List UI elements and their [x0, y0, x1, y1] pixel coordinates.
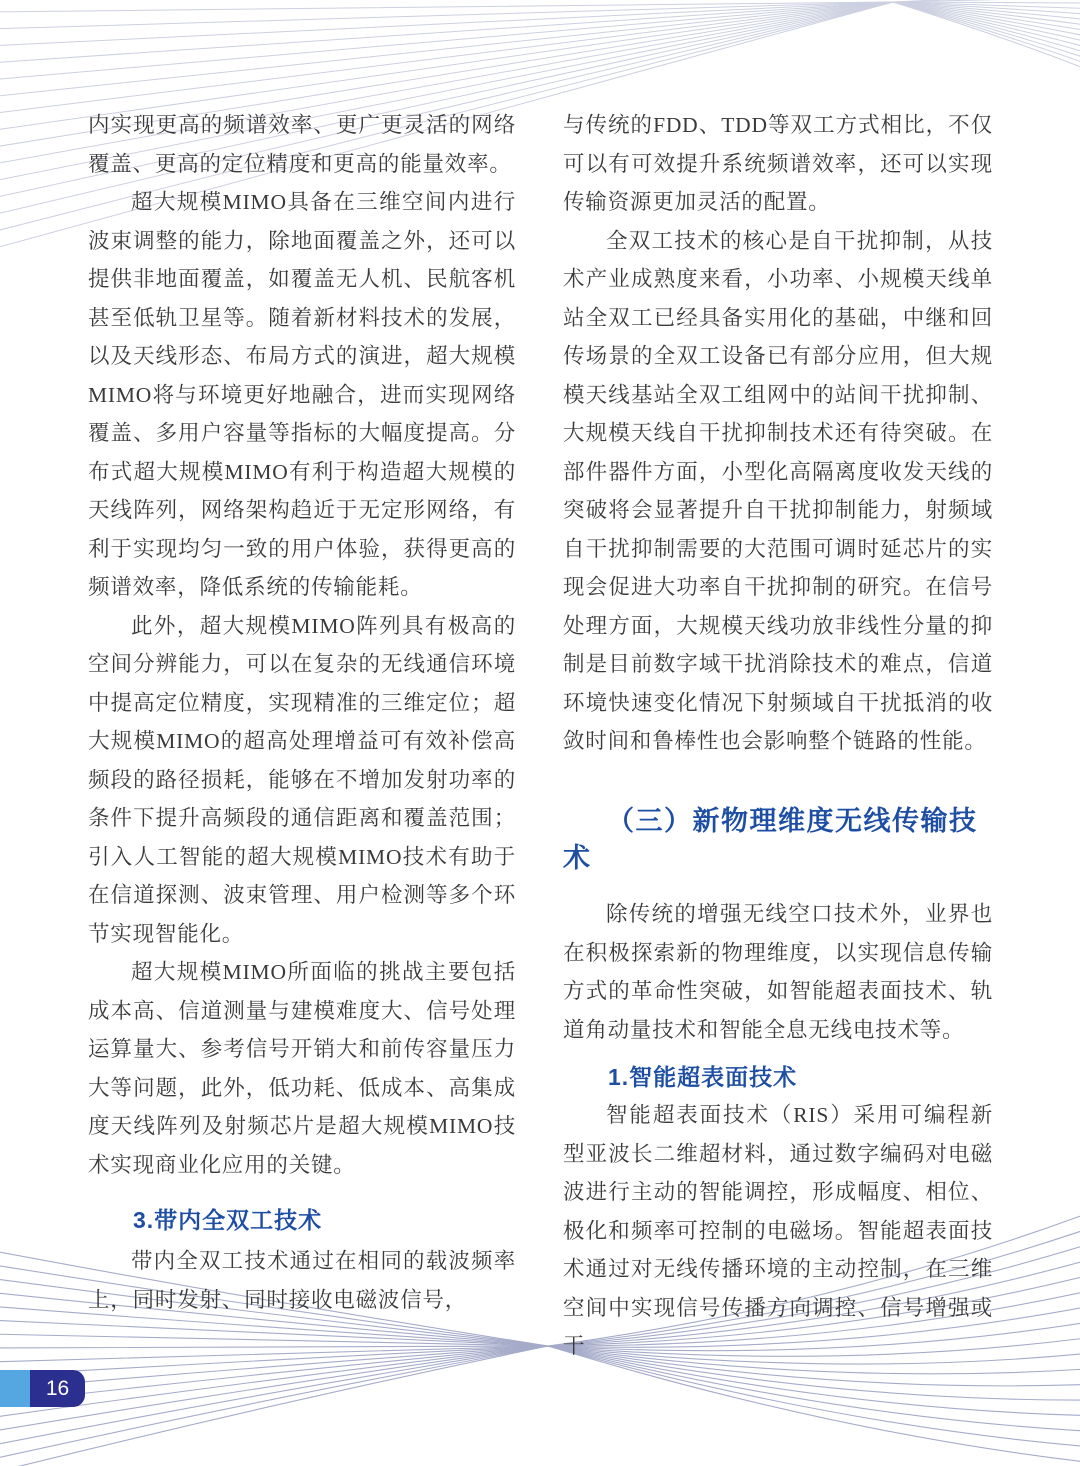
- text-column-left: 内实现更高的频谱效率、更广更灵活的网络覆盖、更高的定位精度和更高的能量效率。 超…: [88, 106, 516, 1319]
- paragraph: 全双工技术的核心是自干扰抑制，从技术产业成熟度来看，小功率、小规模天线单站全双工…: [563, 222, 993, 761]
- page-badge-light-segment: [0, 1370, 30, 1407]
- page-number-badge: 16: [0, 1370, 85, 1407]
- paragraph: 超大规模MIMO所面临的挑战主要包括成本高、信道测量与建模难度大、信号处理运算量…: [88, 953, 516, 1184]
- subsection-heading: 1.智能超表面技术: [563, 1061, 993, 1093]
- paragraph: 内实现更高的频谱效率、更广更灵活的网络覆盖、更高的定位精度和更高的能量效率。: [88, 106, 516, 183]
- page-badge-dark-segment: 16: [30, 1370, 85, 1407]
- page-number: 16: [46, 1377, 69, 1401]
- paragraph: 超大规模MIMO具备在三维空间内进行波束调整的能力，除地面覆盖之外，还可以提供非…: [88, 183, 516, 607]
- paragraph: 此外，超大规模MIMO阵列具有极高的空间分辨能力，可以在复杂的无线通信环境中提高…: [88, 607, 516, 954]
- document-page: 内实现更高的频谱效率、更广更灵活的网络覆盖、更高的定位精度和更高的能量效率。 超…: [0, 0, 1080, 1466]
- section-heading: （三）新物理维度无线传输技术: [563, 803, 993, 879]
- paragraph: 智能超表面技术（RIS）采用可编程新型亚波长二维超材料，通过数字编码对电磁波进行…: [563, 1096, 993, 1366]
- subsection-heading: 3.带内全双工技术: [88, 1204, 516, 1236]
- paragraph: 除传统的增强无线空口技术外，业界也在积极探索新的物理维度，以实现信息传输方式的革…: [563, 895, 993, 1049]
- paragraph: 与传统的FDD、TDD等双工方式相比，不仅可以有可效提升系统频谱效率，还可以实现…: [563, 106, 993, 222]
- paragraph: 带内全双工技术通过在相同的载波频率上，同时发射、同时接收电磁波信号，: [88, 1242, 516, 1319]
- text-column-right: 与传统的FDD、TDD等双工方式相比，不仅可以有可效提升系统频谱效率，还可以实现…: [563, 106, 993, 1366]
